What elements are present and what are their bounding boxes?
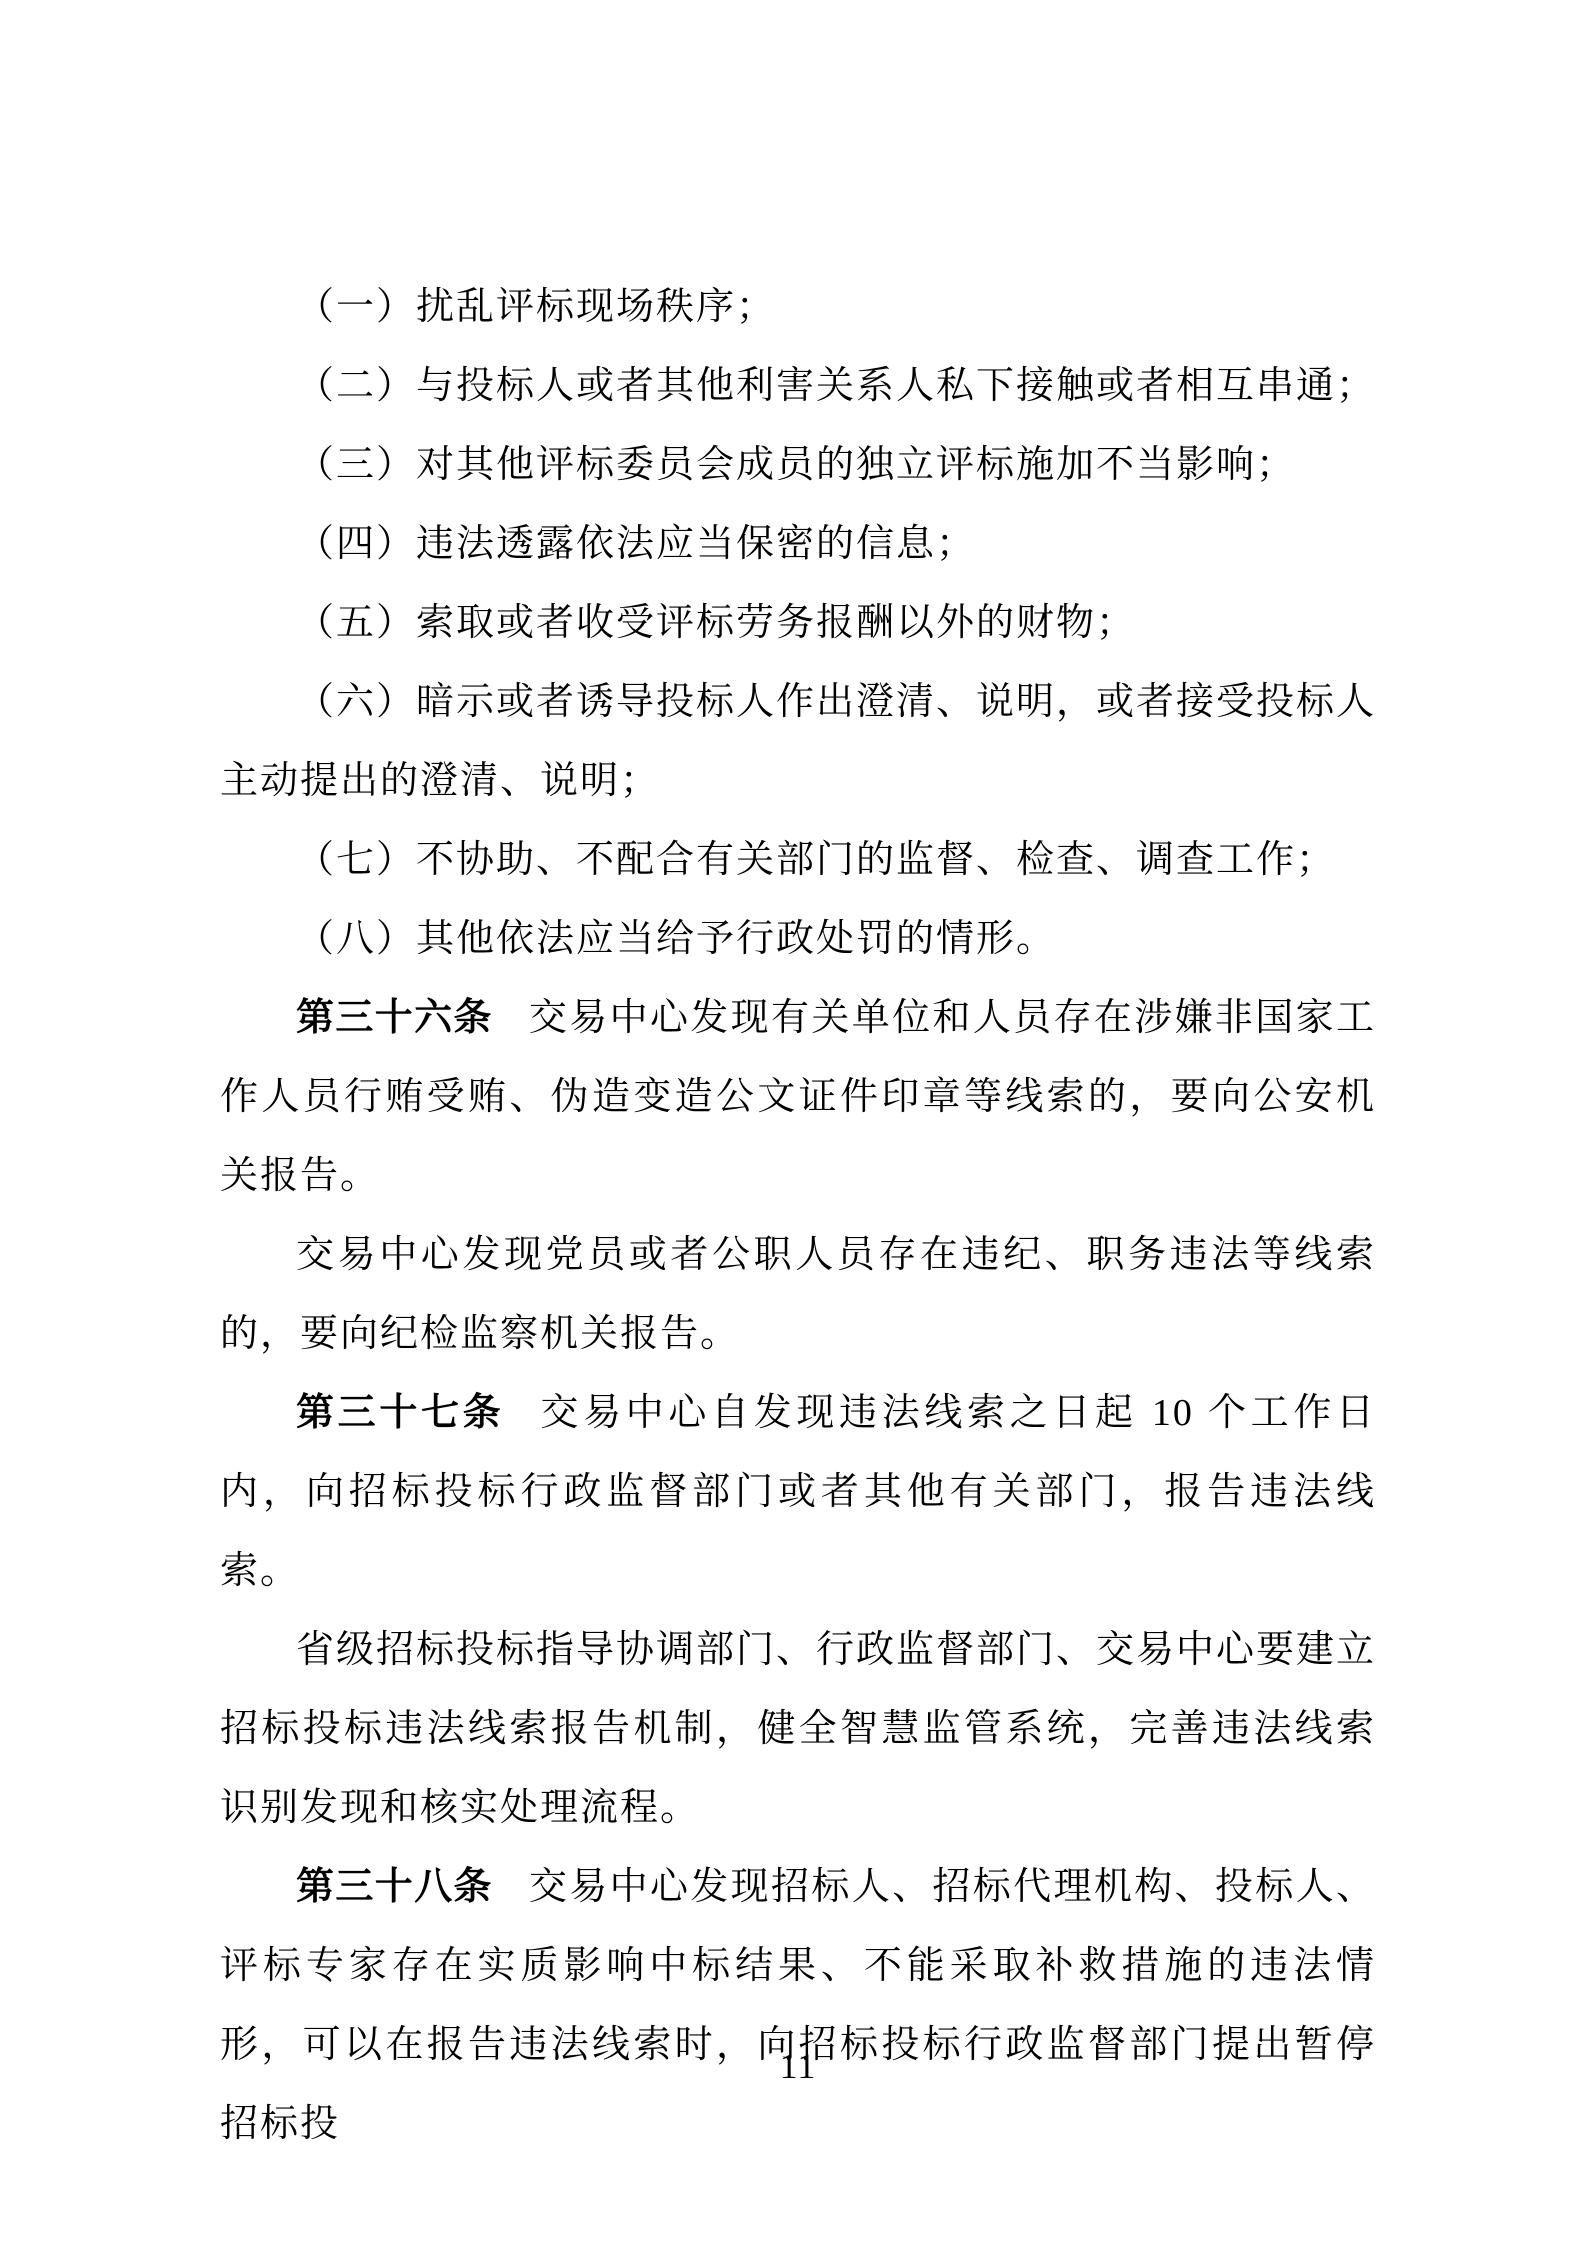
page-number: 11 [220, 2042, 1376, 2090]
document-body: （一）扰乱评标现场秩序；（二）与投标人或者其他利害关系人私下接触或者相互串通；（… [220, 268, 1376, 2164]
paragraph: （四）违法透露依法应当保密的信息； [220, 505, 1376, 584]
article-number-heading: 第三十七条 [296, 1392, 504, 1434]
paragraph-text: （二）与投标人或者其他利害关系人私下接触或者相互串通； [296, 365, 1376, 407]
paragraph: （八）其他依法应当给予行政处罚的情形。 [220, 900, 1376, 979]
paragraph-text: （四）违法透露依法应当保密的信息； [296, 523, 976, 565]
paragraph-text: （五）索取或者收受评标劳务报酬以外的财物； [296, 602, 1136, 644]
paragraph: （二）与投标人或者其他利害关系人私下接触或者相互串通； [220, 347, 1376, 426]
paragraph: （一）扰乱评标现场秩序； [220, 268, 1376, 347]
paragraph-text: （三）对其他评标委员会成员的独立评标施加不当影响； [296, 444, 1296, 486]
document-page: （一）扰乱评标现场秩序；（二）与投标人或者其他利害关系人私下接触或者相互串通；（… [0, 0, 1587, 2245]
article-number-heading: 第三十六条 [296, 997, 493, 1039]
paragraph-text: 交易中心发现党员或者公职人员存在违纪、职务违法等线索的，要向纪检监察机关报告。 [220, 1234, 1376, 1355]
paragraph-text: （七）不协助、不配合有关部门的监督、检查、调查工作； [296, 839, 1336, 881]
paragraph: 交易中心发现党员或者公职人员存在违纪、职务违法等线索的，要向纪检监察机关报告。 [220, 1216, 1376, 1374]
paragraph-text: 省级招标投标指导协调部门、行政监督部门、交易中心要建立招标投标违法线索报告机制，… [220, 1629, 1376, 1829]
article-paragraph: 第三十八条交易中心发现招标人、招标代理机构、投标人、评标专家存在实质影响中标结果… [220, 1848, 1376, 2164]
article-number-heading: 第三十八条 [296, 1866, 493, 1908]
paragraph: 省级招标投标指导协调部门、行政监督部门、交易中心要建立招标投标违法线索报告机制，… [220, 1611, 1376, 1848]
paragraph-text: （八）其他依法应当给予行政处罚的情形。 [296, 918, 1056, 960]
article-paragraph: 第三十七条交易中心自发现违法线索之日起 10 个工作日内，向招标投标行政监督部门… [220, 1374, 1376, 1611]
paragraph: （六）暗示或者诱导投标人作出澄清、说明，或者接受投标人主动提出的澄清、说明； [220, 663, 1376, 821]
paragraph-text: （六）暗示或者诱导投标人作出澄清、说明，或者接受投标人主动提出的澄清、说明； [220, 681, 1376, 802]
paragraph: （三）对其他评标委员会成员的独立评标施加不当影响； [220, 426, 1376, 505]
article-paragraph: 第三十六条交易中心发现有关单位和人员存在涉嫌非国家工作人员行贿受贿、伪造变造公文… [220, 979, 1376, 1216]
paragraph: （五）索取或者收受评标劳务报酬以外的财物； [220, 584, 1376, 663]
paragraph-text: （一）扰乱评标现场秩序； [296, 286, 776, 328]
paragraph: （七）不协助、不配合有关部门的监督、检查、调查工作； [220, 821, 1376, 900]
